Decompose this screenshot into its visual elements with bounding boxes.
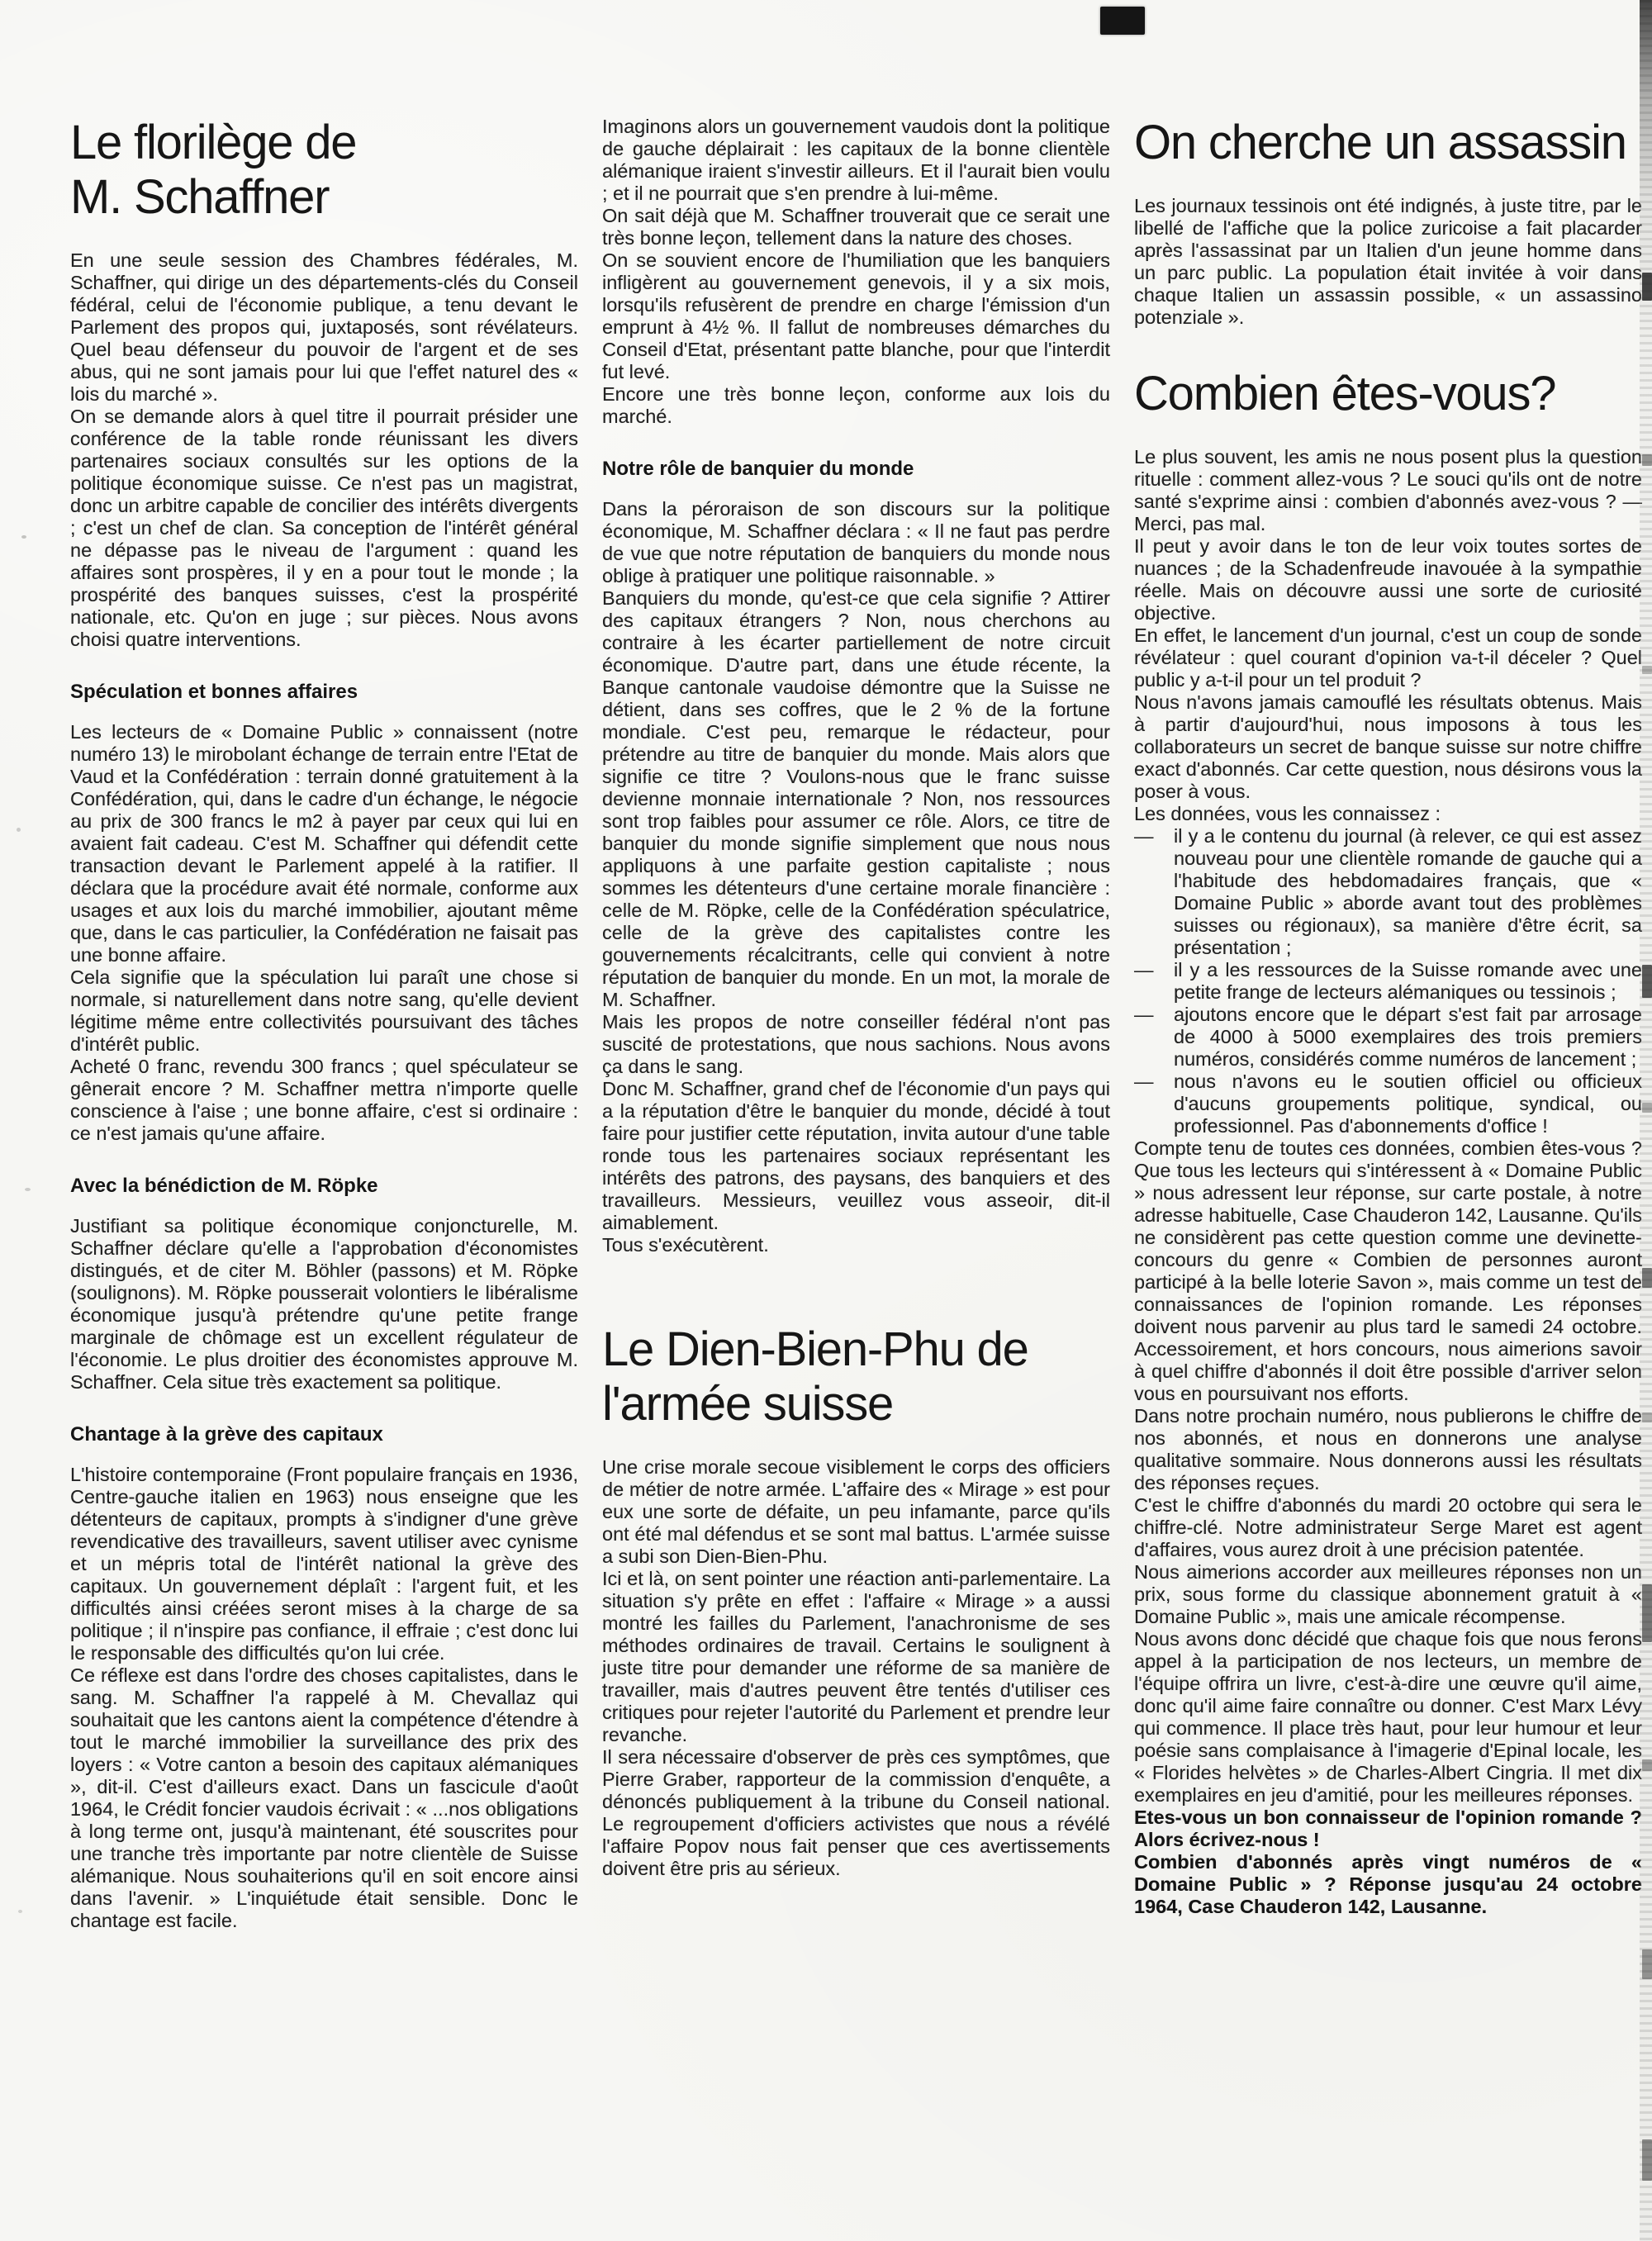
list-dash: — (1134, 1071, 1154, 1093)
paragraph: Nous aimerions accorder aux meilleures r… (1134, 1561, 1642, 1628)
list-item: —nous n'avons eu le soutien officiel ou … (1134, 1071, 1642, 1137)
paragraph: Justifiant sa politique économique conjo… (70, 1215, 578, 1394)
dash-list: —il y a le contenu du journal (à relever… (1134, 825, 1642, 1137)
scan-smudge (1642, 2139, 1652, 2181)
article-headline: Le florilège de M. Schaffner (70, 116, 578, 225)
scan-smudge (1642, 666, 1652, 674)
paragraph: L'histoire contemporaine (Front populair… (70, 1464, 578, 1664)
article-headline: Combien êtes-vous? (1134, 367, 1642, 421)
scan-smudge (1642, 1584, 1652, 1642)
paragraph: Dans la péroraison de son discours sur l… (602, 498, 1110, 587)
scan-smudge (1642, 1412, 1652, 1422)
section-subhead: Notre rôle de banquier du monde (602, 458, 1110, 480)
paragraph: Banquiers du monde, qu'est-ce que cela s… (602, 587, 1110, 1011)
list-item-text: ajoutons encore que le départ s'est fait… (1174, 1004, 1642, 1070)
scan-edge-artifact (1640, 0, 1652, 2241)
paragraph-bold: Etes-vous un bon connaisseur de l'opinio… (1134, 1807, 1642, 1851)
paragraph: Imaginons alors un gouvernement vaudois … (602, 116, 1110, 205)
list-item-text: nous n'avons eu le soutien officiel ou o… (1174, 1071, 1642, 1137)
list-item-text: il y a le contenu du journal (à relever,… (1174, 825, 1642, 958)
scan-speck (17, 828, 21, 832)
section-subhead: Spéculation et bonnes affaires (70, 681, 578, 703)
article-columns: Le florilège de M. SchaffnerEn une seule… (70, 116, 1642, 1932)
list-dash: — (1134, 825, 1154, 847)
paragraph: Il sera nécessaire d'observer de près ce… (602, 1746, 1110, 1880)
paragraph: Dans notre prochain numéro, nous publier… (1134, 1405, 1642, 1494)
scan-speck (25, 1188, 31, 1191)
paragraph: Mais les propos de notre conseiller fédé… (602, 1011, 1110, 1078)
list-dash: — (1134, 1004, 1154, 1026)
paragraph: En une seule session des Chambres fédéra… (70, 249, 578, 406)
newspaper-page: Le florilège de M. SchaffnerEn une seule… (0, 0, 1652, 2241)
paragraph: Nous n'avons jamais camouflé les résulta… (1134, 691, 1642, 803)
paragraph: Ici et là, on sent pointer une réaction … (602, 1568, 1110, 1746)
scan-smudge (1642, 1759, 1652, 1771)
scan-smudge (1642, 965, 1652, 998)
paragraph: On sait déjà que M. Schaffner trouverait… (602, 205, 1110, 249)
paragraph: Nous avons donc décidé que chaque fois q… (1134, 1628, 1642, 1807)
paragraph: On se demande alors à quel titre il pour… (70, 406, 578, 651)
column-left: Le florilège de M. SchaffnerEn une seule… (70, 116, 578, 1932)
paragraph: Compte tenu de toutes ces données, combi… (1134, 1137, 1642, 1405)
scan-smudge (1642, 273, 1652, 301)
list-item: —il y a les ressources de la Suisse roma… (1134, 959, 1642, 1004)
paragraph: Tous s'exécutèrent. (602, 1234, 1110, 1256)
section-subhead: Avec la bénédiction de M. Röpke (70, 1175, 578, 1197)
paragraph: Le plus souvent, les amis ne nous posent… (1134, 446, 1642, 535)
paragraph: On se souvient encore de l'humiliation q… (602, 249, 1110, 383)
paragraph-bold: Combien d'abonnés après vingt numéros de… (1134, 1851, 1642, 1918)
scan-speck (21, 535, 26, 539)
column-middle: Imaginons alors un gouvernement vaudois … (602, 116, 1110, 1880)
list-dash: — (1134, 959, 1154, 981)
article-headline: Le Dien-Bien-Phu de l'armée suisse (602, 1322, 1110, 1431)
paragraph: C'est le chiffre d'abonnés du mardi 20 o… (1134, 1494, 1642, 1561)
section-subhead: Chantage à la grève des capitaux (70, 1423, 578, 1446)
paragraph: Une crise morale secoue visiblement le c… (602, 1456, 1110, 1568)
scan-smudge (1642, 454, 1652, 466)
scan-smudge (1642, 1103, 1652, 1113)
scan-speck (18, 1910, 22, 1913)
scan-smudge (1642, 1268, 1652, 1288)
list-item-text: il y a les ressources de la Suisse roman… (1174, 959, 1642, 1003)
column-right: On cherche un assassinLes journaux tessi… (1134, 116, 1642, 1918)
paragraph: En effet, le lancement d'un journal, c'e… (1134, 624, 1642, 691)
paragraph: Encore une très bonne leçon, conforme au… (602, 383, 1110, 428)
paragraph: Les données, vous les connaissez : (1134, 803, 1642, 825)
paragraph: Donc M. Schaffner, grand chef de l'écono… (602, 1078, 1110, 1234)
paragraph: Les journaux tessinois ont été indignés,… (1134, 195, 1642, 329)
paragraph: Ce réflexe est dans l'ordre des choses c… (70, 1664, 578, 1932)
scan-smudge (1642, 1949, 1652, 1979)
scan-ink-mark (1100, 7, 1145, 35)
paragraph: Cela signifie que la spéculation lui par… (70, 966, 578, 1056)
article-headline: On cherche un assassin (1134, 116, 1642, 170)
list-item: —ajoutons encore que le départ s'est fai… (1134, 1004, 1642, 1071)
paragraph: Il peut y avoir dans le ton de leur voix… (1134, 535, 1642, 624)
paragraph: Acheté 0 franc, revendu 300 francs ; que… (70, 1056, 578, 1145)
list-item: —il y a le contenu du journal (à relever… (1134, 825, 1642, 959)
paragraph: Les lecteurs de « Domaine Public » conna… (70, 721, 578, 966)
